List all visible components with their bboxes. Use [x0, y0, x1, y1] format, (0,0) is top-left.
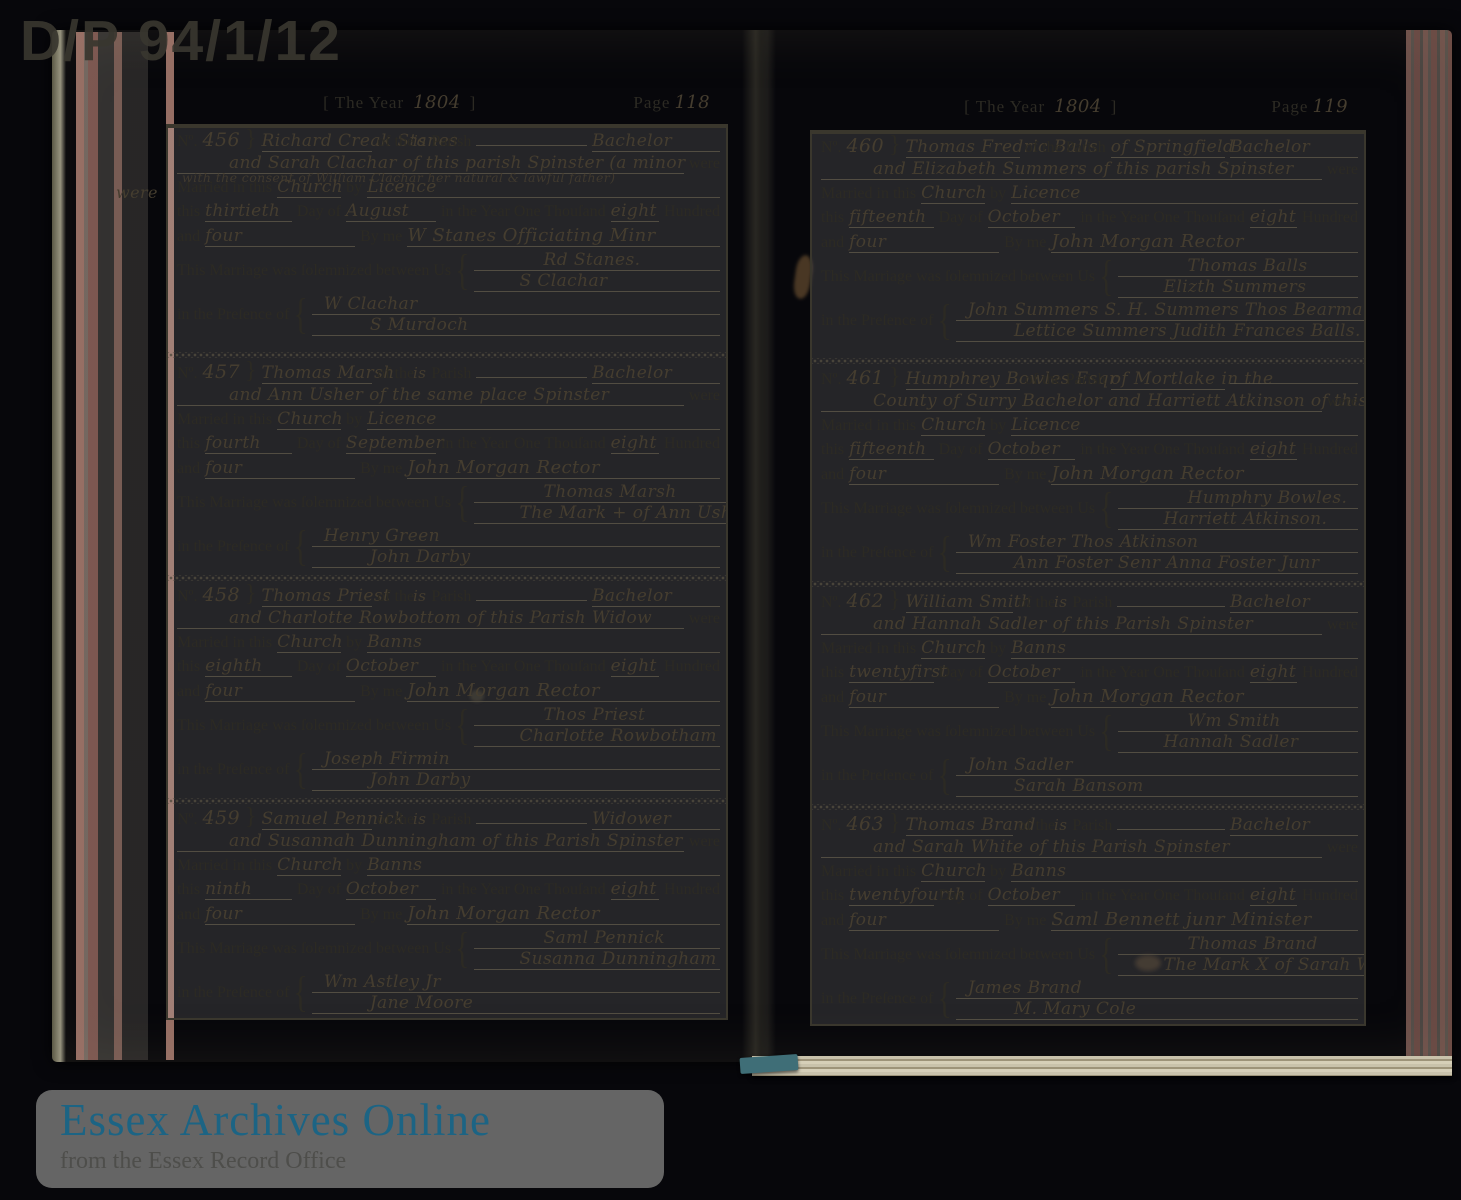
parish-name [1117, 606, 1225, 607]
couple-signatures: Humphry Bowles. Harriett Atkinson. [1118, 487, 1358, 531]
day-of-label: Day of [939, 441, 983, 459]
year-hundreds-value: eight [611, 879, 659, 900]
marriage-record: Nº. 457 } Thomas Marsh of the is Parish … [168, 349, 726, 572]
were-label: were [689, 610, 720, 628]
parish-name: of Mortlake in the [1111, 369, 1225, 390]
hundred-label: Hundred [1302, 664, 1358, 682]
year-units-value: four [205, 904, 355, 925]
solemnized-label: This Marriage was ſolemnized between Us [821, 268, 1095, 286]
record-number: 457 [203, 361, 240, 383]
day-value: thirtieth [205, 201, 292, 222]
of-this-insert: is [413, 587, 426, 605]
year-units-value: four [849, 464, 999, 485]
record-header-line: Nº. 463 } Thomas Brand of the is Parish … [821, 813, 1358, 837]
year-thousand-label: in the Year One Thouſand [1080, 209, 1245, 227]
of-the-label: of the [1025, 371, 1062, 389]
presence-label: in the Preſence of [821, 544, 933, 562]
officiant-line: and four By me John Morgan Rector [177, 680, 720, 704]
married-by-line: Married in this Church by Banns [177, 632, 720, 656]
day-of-label: Day of [297, 881, 341, 899]
presence-label: in the Preſence of [177, 538, 289, 556]
this-label: this [177, 881, 200, 899]
witnesses-block: in the Preſence of { Joseph Firmin John … [177, 748, 720, 792]
left-page-header: [ The Year 1804 ] Page 118 [166, 92, 724, 113]
witnesses-block: in the Preſence of { James Brand M. Mary… [821, 977, 1358, 1021]
marriage-record: Nº. 462 } William Smith of the is Parish… [812, 578, 1364, 801]
officiant-line: and four By me John Morgan Rector [821, 463, 1358, 487]
record-header-line: Nº. 456 } Richard Creak Stanes of the is… [177, 129, 720, 153]
witness-line-2: John Darby [312, 770, 720, 791]
and-label: and [177, 460, 200, 478]
date-line: this fifteenth Day of October in the Yea… [821, 207, 1358, 231]
were-label: were [1327, 839, 1358, 857]
of-the-label: of the [377, 365, 414, 383]
by-me-label: By me [1004, 234, 1046, 252]
bride-signature: The Mark X of Sarah White [1118, 955, 1364, 976]
by-label: by [990, 185, 1006, 203]
groom-signature: Thomas Balls [1118, 256, 1358, 277]
bottom-page-stack-edge [752, 1056, 1452, 1076]
witnesses-block: in the Preſence of { John Sadler Sarah B… [821, 754, 1358, 798]
bride-signature: Susanna Dunningham [474, 949, 720, 970]
bride-line: and Charlotte Rowbottom of this Parish W… [177, 608, 720, 632]
year-heading: [ The Year 1804 ] [964, 96, 1117, 117]
witness-signatures: James Brand M. Mary Cole [956, 977, 1358, 1021]
year-units-value: four [849, 232, 999, 253]
married-in-this-label: Married in this [177, 857, 272, 875]
archive-scan-viewport: [ The Year 1804 ] Page 118 [ The Year 18… [0, 0, 1461, 1200]
year-hundreds-value: eight [611, 656, 659, 677]
and-label: and [821, 234, 844, 252]
day-value: twentyfourth [849, 885, 933, 906]
parish-name [476, 145, 587, 146]
month-value: October [988, 662, 1076, 683]
groom-signature: Thomas Brand [1118, 934, 1364, 955]
of-this-insert: is [1054, 593, 1067, 611]
witness-signatures: John Sadler Sarah Bansom [956, 754, 1358, 798]
year-close-bracket: ] [470, 93, 477, 113]
solemnized-block: This Marriage was ſolemnized between Us … [177, 481, 720, 525]
witness-line-1: John Summers S. H. Summers Thos Bearman [956, 300, 1364, 321]
presence-label: in the Preſence of [821, 990, 933, 1008]
groom-condition: Bachelor [1230, 815, 1358, 836]
month-value: August [346, 201, 436, 222]
church-value: Church [921, 861, 985, 882]
solemnized-label: This Marriage was ſolemnized between Us [821, 946, 1095, 964]
page-number: 118 [674, 92, 710, 113]
witnesses-block: in the Preſence of { Wm Astley Jr Jane M… [177, 971, 720, 1015]
method-value: Licence [367, 409, 720, 430]
groom-name: Humphrey Bowles Esqr [906, 369, 1020, 390]
married-in-this-label: Married in this [821, 185, 916, 203]
and-label: and [177, 228, 200, 246]
witness-line-1: Wm Foster Thos Atkinson [956, 532, 1358, 553]
parish-name [1117, 829, 1225, 830]
groom-signature: Saml Pennick [474, 928, 720, 949]
bride-description: County of Surry Bachelor and Harriett At… [821, 391, 1322, 412]
married-by-line: Married in this Church by Licence [821, 415, 1358, 439]
by-me-label: By me [360, 228, 402, 246]
year-hundreds-value: eight [611, 433, 659, 454]
witness-signatures: Joseph Firmin John Darby [312, 748, 720, 792]
bride-line: and Elizabeth Summers of this parish Spi… [821, 159, 1358, 183]
day-value: fourth [205, 433, 292, 454]
archive-reference-label: D/P 94/1/12 [20, 8, 342, 74]
of-this-insert: is [413, 810, 426, 828]
groom-signature: Wm Smith [1118, 711, 1358, 732]
witness-signatures: Wm Foster Thos Atkinson Ann Foster Senr … [956, 531, 1358, 575]
record-no-label: Nº. [821, 817, 842, 835]
witness-line-2: M. Mary Cole [956, 999, 1358, 1020]
record-no-label: Nº. [177, 133, 198, 151]
solemnized-label: This Marriage was ſolemnized between Us [177, 262, 451, 280]
date-line: this eighth Day of October in the Year O… [177, 656, 720, 680]
hundred-label: Hundred [664, 658, 720, 676]
month-value: October [988, 885, 1076, 906]
groom-signature: Rd Stanes. [474, 250, 720, 271]
parish-label: Parish [1072, 817, 1112, 835]
couple-signatures: Thomas Brand The Mark X of Sarah White [1118, 933, 1364, 977]
of-this-insert: is [413, 364, 426, 382]
year-hundreds-value: eight [1250, 662, 1297, 683]
solemnized-block: This Marriage was ſolemnized between Us … [821, 710, 1358, 754]
solemnized-block: This Marriage was ſolemnized between Us … [821, 487, 1358, 531]
groom-name: Richard Creak Stanes [262, 131, 373, 152]
method-value: Banns [1011, 638, 1358, 659]
month-value: September [346, 433, 436, 454]
bride-line: and Sarah White of this Parish Spinster … [821, 837, 1358, 861]
marriage-record: Nº. 460 } Thomas Fredric Balls of the Pa… [812, 132, 1364, 355]
groom-condition: Bachelor [592, 363, 720, 384]
by-label: by [346, 857, 362, 875]
witness-line-2: S Murdoch [312, 315, 720, 336]
of-the-label: of the [377, 811, 414, 829]
married-in-this-label: Married in this [177, 411, 272, 429]
parish-label: Parish [431, 133, 471, 151]
record-number: 456 [203, 129, 240, 151]
year-value: 1804 [413, 92, 460, 113]
this-label: this [821, 664, 844, 682]
parish-name [476, 600, 587, 601]
day-of-label: Day of [939, 664, 983, 682]
groom-name: Samuel Pennick [262, 809, 373, 830]
officiant-signature: John Morgan Rector [407, 680, 720, 702]
page-number-heading: Page 118 [633, 92, 710, 113]
bride-description: and Sarah White of this Parish Spinster [821, 837, 1322, 858]
hundred-label: Hundred [1302, 887, 1358, 905]
witness-line-2: Lettice Summers Judith Frances Balls. [956, 321, 1364, 342]
groom-condition: Widower [592, 809, 720, 830]
officiant-line: and four By me John Morgan Rector [821, 231, 1358, 255]
bride-description: and Charlotte Rowbottom of this Parish W… [177, 608, 684, 629]
year-hundreds-value: eight [1250, 439, 1297, 460]
groom-signature: Thomas Marsh [474, 482, 726, 503]
parish-label: Parish [431, 588, 471, 606]
bride-signature: Charlotte Rowbotham [474, 726, 720, 747]
and-label: and [177, 683, 200, 701]
solemnized-block: This Marriage was ſolemnized between Us … [177, 249, 720, 293]
and-label: and [821, 466, 844, 484]
method-value: Licence [1011, 183, 1358, 204]
officiant-line: and four By me John Morgan Rector [177, 903, 720, 927]
solemnized-label: This Marriage was ſolemnized between Us [821, 500, 1095, 518]
year-open-bracket: [ The Year [964, 97, 1045, 117]
of-the-label: of the [377, 133, 414, 151]
church-value: Church [921, 183, 985, 204]
year-thousand-label: in the Year One Thouſand [441, 658, 606, 676]
record-header-line: Nº. 457 } Thomas Marsh of the is Parish … [177, 361, 720, 385]
day-of-label: Day of [939, 209, 983, 227]
solemnized-block: This Marriage was ſolemnized between Us … [821, 255, 1358, 299]
left-register-sheet: with the consent of William Clachar her … [166, 124, 728, 1020]
date-line: this fifteenth Day of October in the Yea… [821, 439, 1358, 463]
married-in-this-label: Married in this [821, 640, 916, 658]
of-the-label: of the [1025, 139, 1062, 157]
were-label: were [1327, 616, 1358, 634]
record-number: 463 [847, 813, 884, 835]
married-by-line: Married in this Church by Banns [821, 638, 1358, 662]
year-value: 1804 [1054, 96, 1101, 117]
method-value: Banns [1011, 861, 1358, 882]
by-me-label: By me [1004, 466, 1046, 484]
officiant-signature: John Morgan Rector [1051, 686, 1358, 708]
groom-condition: Bachelor [592, 131, 720, 152]
year-close-bracket: ] [1111, 97, 1118, 117]
this-label: this [177, 435, 200, 453]
day-of-label: Day of [939, 887, 983, 905]
page-word: Page [1271, 97, 1308, 117]
witness-signatures: W Clachar S Murdoch [312, 293, 720, 337]
consent-insert-line: with the consent of William Clachar her … [182, 170, 615, 185]
year-thousand-label: in the Year One Thouſand [441, 435, 606, 453]
parish-label: Parish [1072, 594, 1112, 612]
solemnized-block: This Marriage was ſolemnized between Us … [177, 704, 720, 748]
of-the-label: of the [1018, 817, 1055, 835]
presence-label: in the Preſence of [821, 767, 933, 785]
parish-label: Parish [431, 811, 471, 829]
of-this-insert: is [413, 132, 426, 150]
solemnized-block: This Marriage was ſolemnized between Us … [177, 927, 720, 971]
by-me-label: By me [1004, 912, 1046, 930]
method-value: Banns [367, 855, 720, 876]
bride-description: and Ann Usher of the same place Spinster [177, 385, 684, 406]
bride-signature: Elizth Summers [1118, 277, 1358, 298]
parish-name [476, 377, 587, 378]
date-line: this twentyfirst Day of October in the Y… [821, 662, 1358, 686]
right-page-edges [1406, 30, 1452, 1062]
record-no-label: Nº. [821, 139, 842, 157]
hundred-label: Hundred [664, 435, 720, 453]
year-thousand-label: in the Year One Thouſand [1080, 887, 1245, 905]
groom-name: William Smith [906, 592, 1014, 613]
by-label: by [990, 640, 1006, 658]
month-value: October [346, 656, 436, 677]
officiant-signature: John Morgan Rector [407, 903, 720, 925]
record-number: 458 [203, 584, 240, 606]
presence-label: in the Preſence of [821, 312, 933, 330]
year-heading: [ The Year 1804 ] [323, 92, 476, 113]
solemnized-block: This Marriage was ſolemnized between Us … [821, 933, 1358, 977]
solemnized-label: This Marriage was ſolemnized between Us [177, 494, 451, 512]
record-no-label: Nº. [177, 588, 198, 606]
parish-label: Parish [1066, 139, 1106, 157]
date-line: this thirtieth Day of August in the Year… [177, 201, 720, 225]
year-units-value: four [205, 681, 355, 702]
groom-signature: Humphry Bowles. [1118, 488, 1358, 509]
hundred-label: Hundred [664, 881, 720, 899]
parish-name [476, 823, 587, 824]
year-thousand-label: in the Year One Thouſand [1080, 441, 1245, 459]
marriage-record: Nº. 459 } Samuel Pennick of the is Paris… [168, 795, 726, 1018]
couple-signatures: Thomas Marsh The Mark + of Ann Usher [474, 481, 726, 525]
officiant-signature: John Morgan Rector [407, 457, 720, 479]
record-header-line: Nº. 460 } Thomas Fredric Balls of the Pa… [821, 135, 1358, 159]
bride-line: and Susannah Dunningham of this Parish S… [177, 831, 720, 855]
witness-line-1: Joseph Firmin [312, 749, 720, 770]
right-register-sheet: Nº. 460 } Thomas Fredric Balls of the Pa… [810, 130, 1366, 1026]
parish-label: Parish [431, 365, 471, 383]
groom-condition [1230, 383, 1358, 384]
year-units-value: four [205, 458, 355, 479]
right-page-header: [ The Year 1804 ] Page 119 [810, 96, 1362, 117]
bride-line: County of Surry Bachelor and Harriett At… [821, 391, 1358, 415]
bride-line: and Hannah Sadler of this Parish Spinste… [821, 614, 1358, 638]
watermark-panel: Essex Archives Online from the Essex Rec… [36, 1090, 664, 1188]
month-value: October [988, 439, 1076, 460]
day-value: ninth [205, 879, 292, 900]
record-number: 459 [203, 807, 240, 829]
couple-signatures: Wm Smith Hannah Sadler [1118, 710, 1358, 754]
witness-line-1: Henry Green [312, 526, 720, 547]
married-in-this-label: Married in this [821, 417, 916, 435]
married-by-line: Married in this Church by Licence [177, 409, 720, 433]
groom-condition: Bachelor [1230, 137, 1358, 158]
solemnized-label: This Marriage was ſolemnized between Us [177, 940, 451, 958]
day-of-label: Day of [297, 435, 341, 453]
witness-line-1: James Brand [956, 978, 1358, 999]
bride-signature: The Mark + of Ann Usher [474, 503, 726, 524]
year-open-bracket: [ The Year [323, 93, 404, 113]
of-this-insert: is [1054, 816, 1067, 834]
witnesses-block: in the Preſence of { Henry Green John Da… [177, 525, 720, 569]
book-gutter-shadow [742, 30, 776, 1062]
this-label: this [821, 209, 844, 227]
by-me-label: By me [360, 683, 402, 701]
of-the-label: of the [1018, 594, 1055, 612]
bride-description: and Elizabeth Summers of this parish Spi… [821, 159, 1322, 180]
hundred-label: Hundred [1302, 441, 1358, 459]
by-me-label: By me [360, 906, 402, 924]
church-value: Church [277, 409, 341, 430]
witnesses-block: in the Preſence of { Wm Foster Thos Atki… [821, 531, 1358, 575]
officiant-line: and four By me John Morgan Rector [177, 457, 720, 481]
presence-label: in the Preſence of [177, 984, 289, 1002]
day-value: twentyfirst [849, 662, 933, 683]
this-label: this [821, 441, 844, 459]
married-by-line: Married in this Church by Licence [821, 183, 1358, 207]
couple-signatures: Rd Stanes. S Clachar [474, 249, 720, 293]
hundred-label: Hundred [1302, 209, 1358, 227]
and-label: and [821, 689, 844, 707]
witness-line-2: Jane Moore [312, 993, 720, 1014]
presence-label: in the Preſence of [177, 306, 289, 324]
this-label: this [177, 658, 200, 676]
margin-note-were: were [116, 183, 158, 202]
watermark-subtitle: from the Essex Record Office [60, 1148, 664, 1175]
solemnized-label: This Marriage was ſolemnized between Us [177, 717, 451, 735]
bride-description: and Susannah Dunningham of this Parish S… [177, 831, 684, 852]
witness-line-2: John Darby [312, 547, 720, 568]
this-label: this [177, 203, 200, 221]
hundred-label: Hundred [664, 203, 720, 221]
date-line: this fourth Day of September in the Year… [177, 433, 720, 457]
witness-line-1: W Clachar [312, 294, 720, 315]
church-value: Church [277, 632, 341, 653]
bride-description: and Hannah Sadler of this Parish Spinste… [821, 614, 1322, 635]
day-value: eighth [205, 656, 292, 677]
witnesses-block: in the Preſence of { W Clachar S Murdoch [177, 293, 720, 337]
married-by-line: Married in this Church by Banns [821, 861, 1358, 885]
by-label: by [346, 634, 362, 652]
solemnized-label: This Marriage was ſolemnized between Us [821, 723, 1095, 741]
married-in-this-label: Married in this [177, 634, 272, 652]
marriage-record: with the consent of William Clachar her … [168, 126, 726, 349]
were-label: were [1327, 393, 1358, 411]
record-header-line: Nº. 462 } William Smith of the is Parish… [821, 590, 1358, 614]
record-no-label: Nº. [821, 371, 842, 389]
method-value: Banns [367, 632, 720, 653]
parish-name: of Springfield [1111, 137, 1225, 158]
officiant-line: and four By me John Morgan Rector [821, 686, 1358, 710]
bride-signature: Harriett Atkinson. [1118, 509, 1358, 530]
year-units-value: four [849, 910, 999, 931]
record-no-label: Nº. [821, 594, 842, 612]
this-label: this [821, 887, 844, 905]
presence-label: in the Preſence of [177, 761, 289, 779]
by-label: by [346, 411, 362, 429]
witness-signatures: Wm Astley Jr Jane Moore [312, 971, 720, 1015]
officiant-signature: John Morgan Rector [1051, 231, 1358, 253]
officiant-line: and four By me W Stanes Officiating Minr [177, 225, 720, 249]
day-value: fifteenth [849, 439, 933, 460]
married-in-this-label: Married in this [821, 863, 916, 881]
groom-condition: Bachelor [1230, 592, 1358, 613]
witness-line-2: Sarah Bansom [956, 776, 1358, 797]
day-of-label: Day of [297, 658, 341, 676]
page-number-heading: Page 119 [1271, 96, 1348, 117]
officiant-line: and four By me Saml Bennett junr Ministe… [821, 909, 1358, 933]
month-value: October [988, 207, 1076, 228]
couple-signatures: Thos Priest Charlotte Rowbotham [474, 704, 720, 748]
record-header-line: Nº. 459 } Samuel Pennick of the is Paris… [177, 807, 720, 831]
record-header-line: Nº. 461 } Humphrey Bowles Esqr of the Pa… [821, 367, 1358, 391]
witness-line-2: Ann Foster Senr Anna Foster Junr [956, 553, 1358, 574]
page-number: 119 [1312, 96, 1348, 117]
officiant-signature: W Stanes Officiating Minr [407, 225, 720, 247]
record-number: 461 [847, 367, 884, 389]
year-units-value: four [205, 226, 355, 247]
marriage-record: Nº. 461 } Humphrey Bowles Esqr of the Pa… [812, 355, 1364, 578]
record-no-label: Nº. [177, 811, 198, 829]
bride-signature: S Clachar [474, 271, 720, 292]
were-label: were [689, 387, 720, 405]
were-label: were [689, 833, 720, 851]
day-of-label: Day of [297, 203, 341, 221]
day-value: fifteenth [849, 207, 933, 228]
were-label: were [689, 155, 720, 173]
officiant-signature: Saml Bennett junr Minister [1051, 909, 1358, 931]
year-thousand-label: in the Year One Thouſand [1080, 664, 1245, 682]
